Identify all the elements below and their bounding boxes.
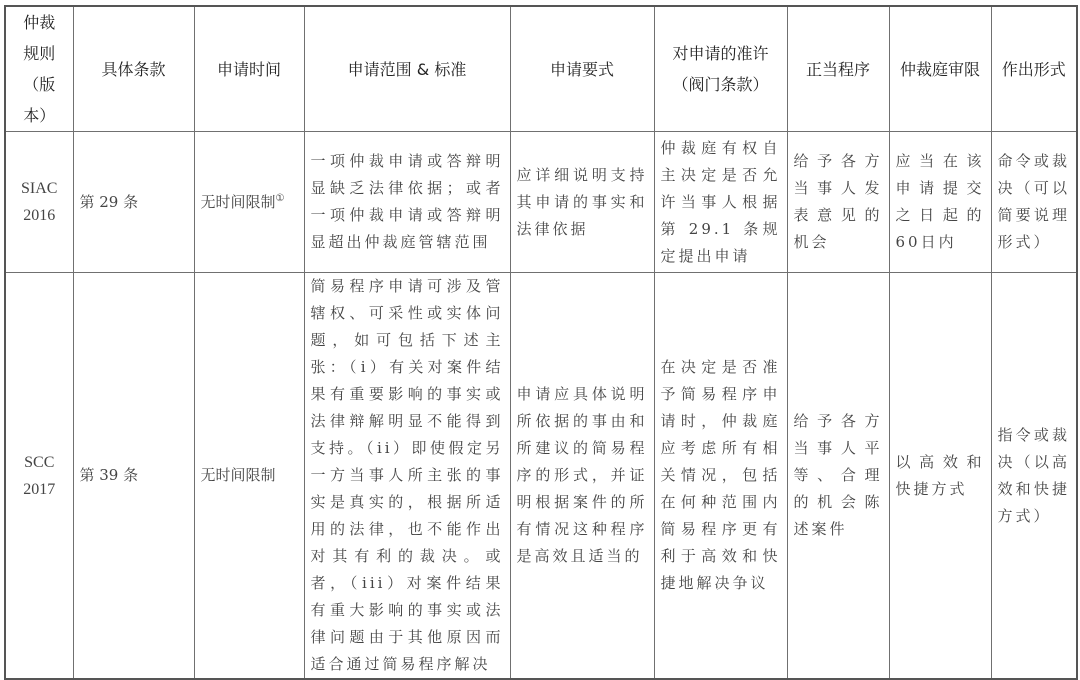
header-scope-standard: 申请范围 & 标准 <box>304 6 510 132</box>
cell-tribunal-time-limit: 应当在该申请提交之日起的60日内 <box>889 132 991 273</box>
header-grant-gateway: 对申请的准许 （阀门条款） <box>654 6 787 132</box>
cell-due-process: 给予各方当事人平等、合理的机会陈述案件 <box>787 273 889 613</box>
cell-application-time: 无时间限制 <box>194 273 304 613</box>
header-rule-line-3: （版本） <box>12 69 67 131</box>
cell-scope-standard: 一项仲裁申请或答辩明显缺乏法律依据；或者一项仲裁申请或答辩明显超出仲裁庭管辖范围 <box>304 132 510 273</box>
cell-output-form: 命令或裁决（可以简要说理形式） <box>991 132 1077 273</box>
cell-tribunal-time-limit: 以高效和快捷方式 <box>889 273 991 613</box>
time-text: 无时间限制 <box>201 193 276 211</box>
rule-year: 2016 <box>8 202 71 229</box>
cell-grant-gateway: 仲裁庭有权自主决定是否允许当事人根据第 29.1 条规定提出申请 <box>654 132 787 273</box>
cell-scope-standard: 简易程序申请可涉及管辖权、可采性或实体问题，如可包括下述主张：（i）有关对案件结… <box>304 273 510 613</box>
cell-article: 第 29 条 <box>73 132 194 273</box>
cell-application-time: 无时间限制① <box>194 132 304 273</box>
footnote-marker[interactable]: ① <box>276 193 285 204</box>
header-row: 仲裁 规则 （版本） 具体条款 申请时间 申请范围 & 标准 申请要式 对申请的… <box>5 6 1077 132</box>
header-output-form: 作出形式 <box>991 6 1077 132</box>
header-grant-line-1: 对申请的准许 <box>661 38 781 69</box>
cell-form-requirements: 应详细说明支持其申请的事实和法律依据 <box>510 132 654 273</box>
header-due-process: 正当程序 <box>787 6 889 132</box>
header-tribunal-time-limit: 仲裁庭审限 <box>889 6 991 132</box>
header-article: 具体条款 <box>73 6 194 132</box>
cell-article: 第 39 条 <box>73 273 194 613</box>
header-grant-line-2: （阀门条款） <box>661 69 781 100</box>
cell-output-form: 指令或裁决（以高效和快捷方式） <box>991 273 1077 613</box>
header-form-requirements: 申请要式 <box>510 6 654 132</box>
header-rule-line-1: 仲裁 <box>12 7 67 38</box>
cell-rule-version: SIAC 2016 <box>5 132 73 273</box>
table-row-siac: SIAC 2016 第 29 条 无时间限制① 一项仲裁申请或答辩明显缺乏法律依… <box>5 132 1077 273</box>
header-rule-line-2: 规则 <box>12 38 67 69</box>
arbitration-rules-comparison-table: 仲裁 规则 （版本） 具体条款 申请时间 申请范围 & 标准 申请要式 对申请的… <box>4 5 1078 612</box>
table-row-scc: SCC 2017 第 39 条 无时间限制 简易程序申请可涉及管辖权、可采性或实… <box>5 273 1077 613</box>
cell-rule-version: SCC 2017 <box>5 273 73 613</box>
rule-name: SCC <box>8 449 71 476</box>
rule-name: SIAC <box>8 175 71 202</box>
header-rule-version: 仲裁 规则 （版本） <box>5 6 73 132</box>
cell-grant-gateway: 在决定是否准予简易程序申请时，仲裁庭应考虑所有相关情况，包括在何种范围内简易程序… <box>654 273 787 613</box>
cell-form-requirements: 申请应具体说明所依据的事由和所建议的简易程序的形式，并证明根据案件的所有情况这种… <box>510 273 654 613</box>
cell-due-process: 给予各方当事人发表意见的机会 <box>787 132 889 273</box>
header-application-time: 申请时间 <box>194 6 304 132</box>
rule-year: 2017 <box>8 476 71 503</box>
